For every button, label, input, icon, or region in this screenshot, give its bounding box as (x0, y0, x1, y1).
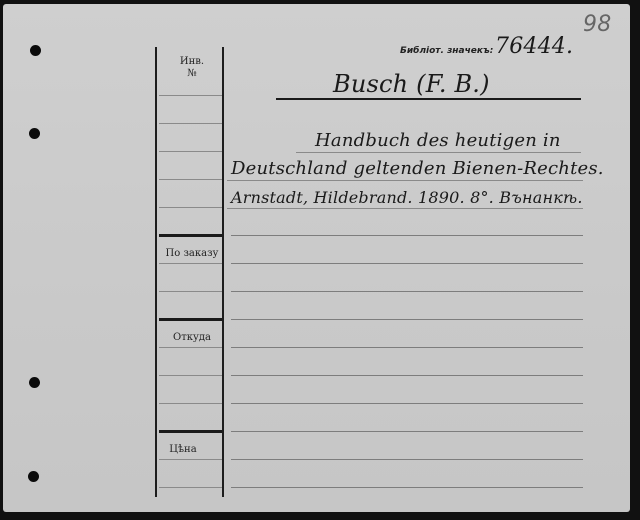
order-label: По заказу (159, 248, 225, 259)
pencil-note: 98 (583, 12, 611, 37)
punch-hole (29, 377, 40, 388)
ruled-line (231, 235, 583, 236)
section-divider (159, 430, 222, 433)
title-line-1: Handbuch des heutigen in (315, 130, 561, 151)
punch-hole (28, 471, 39, 482)
ruled-line (231, 487, 583, 488)
section-divider (159, 234, 222, 237)
imprint-line: Arnstadt, Hildebrand. 1890. 8°. Вънанкѣ. (231, 188, 583, 207)
punch-hole (29, 128, 40, 139)
section-divider (159, 318, 222, 321)
ruled-line (231, 375, 583, 376)
inv-label: Инв. (159, 56, 225, 67)
ruled-line (231, 263, 583, 264)
ruled-line (231, 403, 583, 404)
shelf-mark-label: Библіот. значекъ: (400, 46, 493, 56)
catalog-card: Библіот. значекъ: 76444. 98 Busch (F. B.… (3, 4, 630, 512)
ruled-line (231, 459, 583, 460)
ruled-line (231, 431, 583, 432)
ruled-line (231, 319, 583, 320)
source-label: Откуда (159, 332, 225, 343)
left-column-border (155, 47, 157, 497)
author-name: Busch (F. B.) (333, 70, 490, 98)
inv-number-sign: № (159, 68, 225, 79)
ruled-line (231, 291, 583, 292)
ruled-line (231, 347, 583, 348)
author-underline (276, 98, 581, 100)
title-line-2: Deutschland geltenden Bienen-Rechtes. (231, 158, 604, 179)
punch-hole (30, 45, 41, 56)
left-column-border (222, 47, 224, 497)
price-label: Цѣна (155, 444, 211, 455)
shelf-mark-number: 76444. (495, 34, 573, 59)
